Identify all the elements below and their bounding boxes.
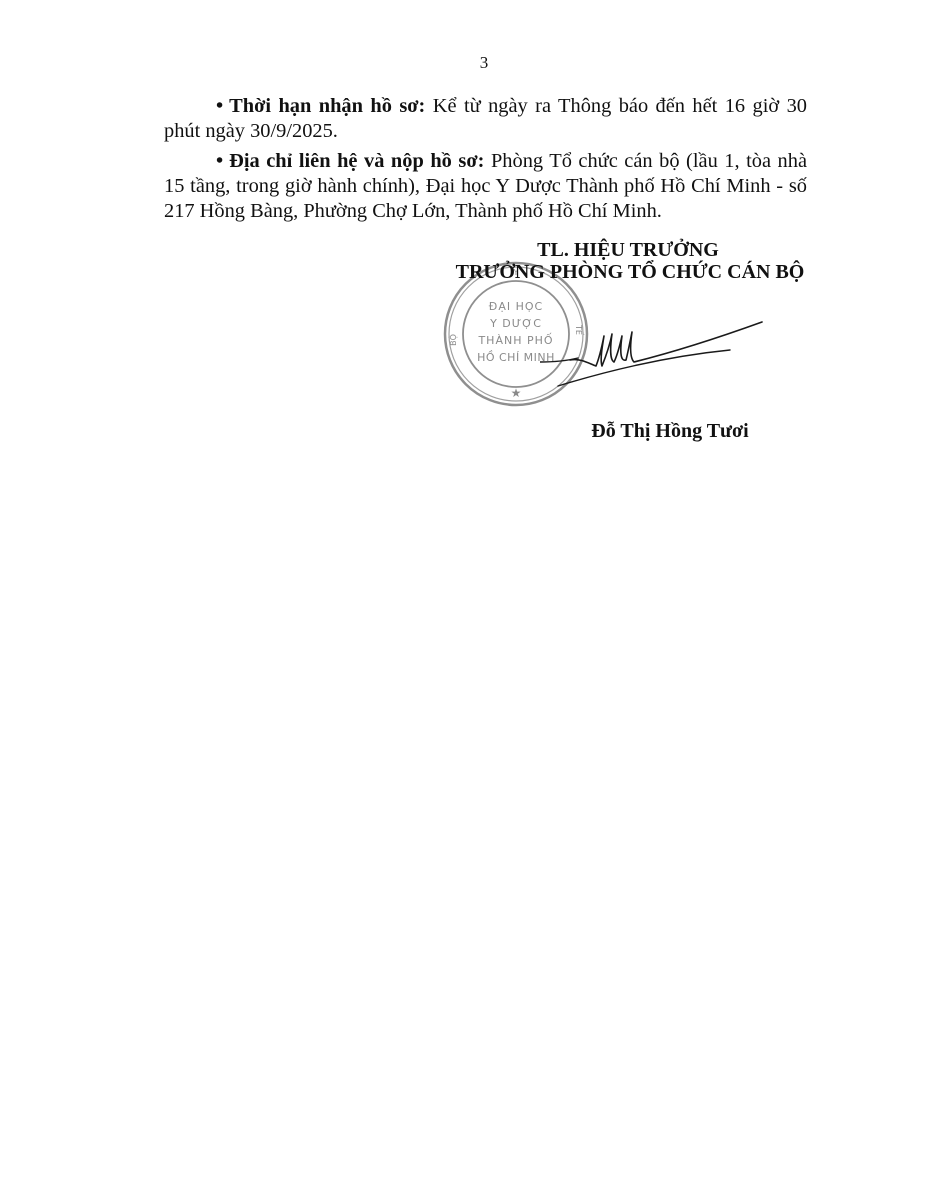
address-label: Địa chỉ liên hệ và nộp hồ sơ:	[229, 150, 484, 172]
signature-block: ĐẠI HỌC Y DƯỢC THÀNH PHỐ HỒ CHÍ MINH BỘ …	[440, 238, 820, 448]
stamp-line-1: ĐẠI HỌC	[489, 300, 543, 313]
bullet-icon: •	[216, 95, 223, 117]
signer-name: Đỗ Thị Hồng Tươi	[485, 420, 855, 443]
handwritten-signature-icon	[540, 308, 780, 398]
bullet-icon: •	[216, 150, 223, 172]
signature-title-line-2: TRƯỞNG PHÒNG TỔ CHỨC CÁN BỘ	[445, 260, 815, 284]
star-icon: ★	[511, 386, 522, 400]
submission-deadline-paragraph: •Thời hạn nhận hồ sơ: Kể từ ngày ra Thôn…	[164, 94, 807, 144]
stamp-ring-left: BỘ	[447, 334, 458, 346]
stamp-line-2: Y DƯỢC	[489, 317, 542, 330]
contact-address-paragraph: •Địa chỉ liên hệ và nộp hồ sơ: Phòng Tổ …	[164, 149, 807, 224]
page-number: 3	[0, 53, 927, 73]
signature-title-line-1: TL. HIỆU TRƯỞNG	[443, 238, 813, 262]
deadline-label: Thời hạn nhận hồ sơ:	[229, 95, 425, 117]
